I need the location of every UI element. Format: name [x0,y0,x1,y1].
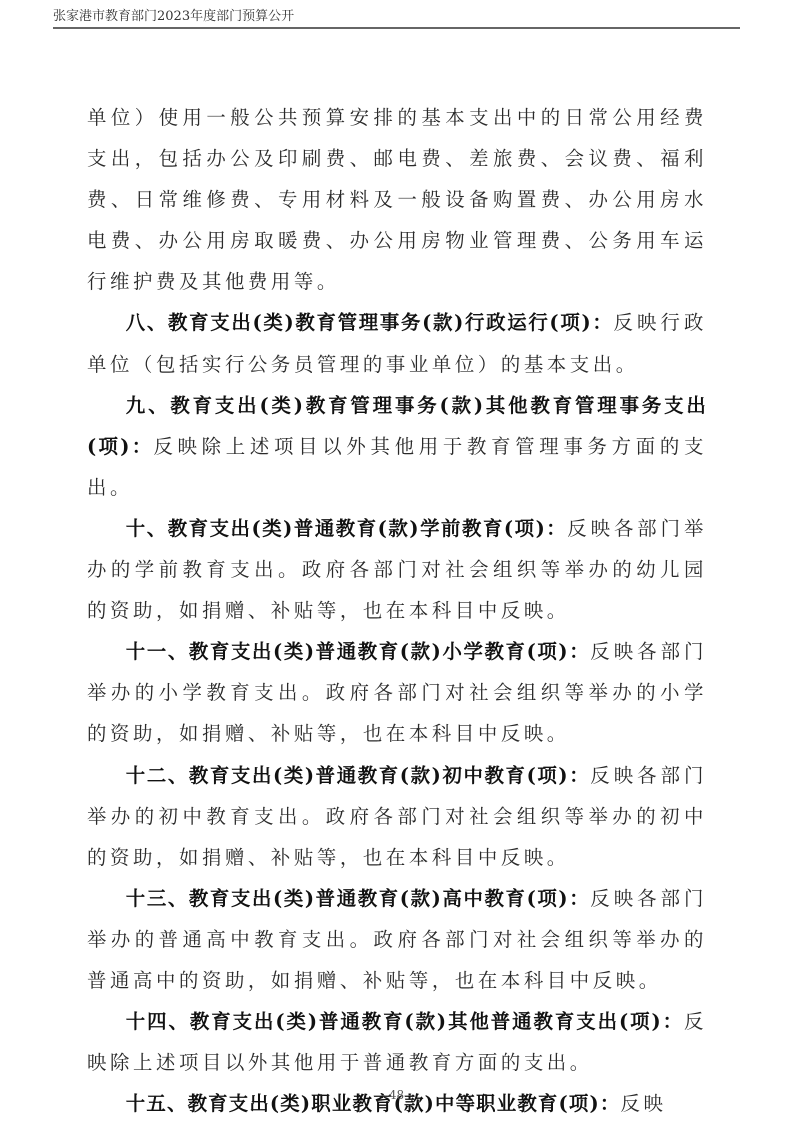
paragraph-item-9: 九、教育支出(类)教育管理事务(款)其他教育管理事务支出(项)：反映除上述项目以… [87,385,707,508]
paragraph-text: 单位）使用一般公共预算安排的基本支出中的日常公用经费支出，包括办公及印刷费、邮电… [87,106,707,293]
item-heading: 八、教育支出(类)教育管理事务(款)行政运行(项)： [126,311,614,334]
page-number: - 48 - [0,1088,793,1102]
header-divider [53,27,740,29]
paragraph-item-8: 八、教育支出(类)教育管理事务(款)行政运行(项)：反映行政单位（包括实行公务员… [87,302,707,384]
item-heading: 十三、教育支出(类)普通教育(款)高中教育(项)： [126,887,591,910]
running-header: 张家港市教育部门2023年度部门预算公开 [53,8,740,25]
paragraph-item-14: 十四、教育支出(类)普通教育(款)其他普通教育支出(项)：反映除上述项目以外其他… [87,1001,707,1083]
item-heading: 十二、教育支出(类)普通教育(款)初中教育(项)： [126,764,591,787]
paragraph-item-13: 十三、教育支出(类)普通教育(款)高中教育(项)：反映各部门举办的普通高中教育支… [87,878,707,1001]
document-body: 单位）使用一般公共预算安排的基本支出中的日常公用经费支出，包括办公及印刷费、邮电… [87,97,707,1122]
paragraph-item-12: 十二、教育支出(类)普通教育(款)初中教育(项)：反映各部门举办的初中教育支出。… [87,755,707,878]
paragraph-item-10: 十、教育支出(类)普通教育(款)学前教育(项)：反映各部门举办的学前教育支出。政… [87,508,707,631]
paragraph-item-11: 十一、教育支出(类)普通教育(款)小学教育(项)：反映各部门举办的小学教育支出。… [87,631,707,754]
item-heading: 十一、教育支出(类)普通教育(款)小学教育(项)： [126,640,591,663]
item-heading: 十、教育支出(类)普通教育(款)学前教育(项)： [126,517,567,540]
paragraph-continuation: 单位）使用一般公共预算安排的基本支出中的日常公用经费支出，包括办公及印刷费、邮电… [87,97,707,302]
item-heading: 十四、教育支出(类)普通教育(款)其他普通教育支出(项)： [126,1010,684,1033]
item-text: 反映除上述项目以外其他用于教育管理事务方面的支出。 [87,435,707,499]
